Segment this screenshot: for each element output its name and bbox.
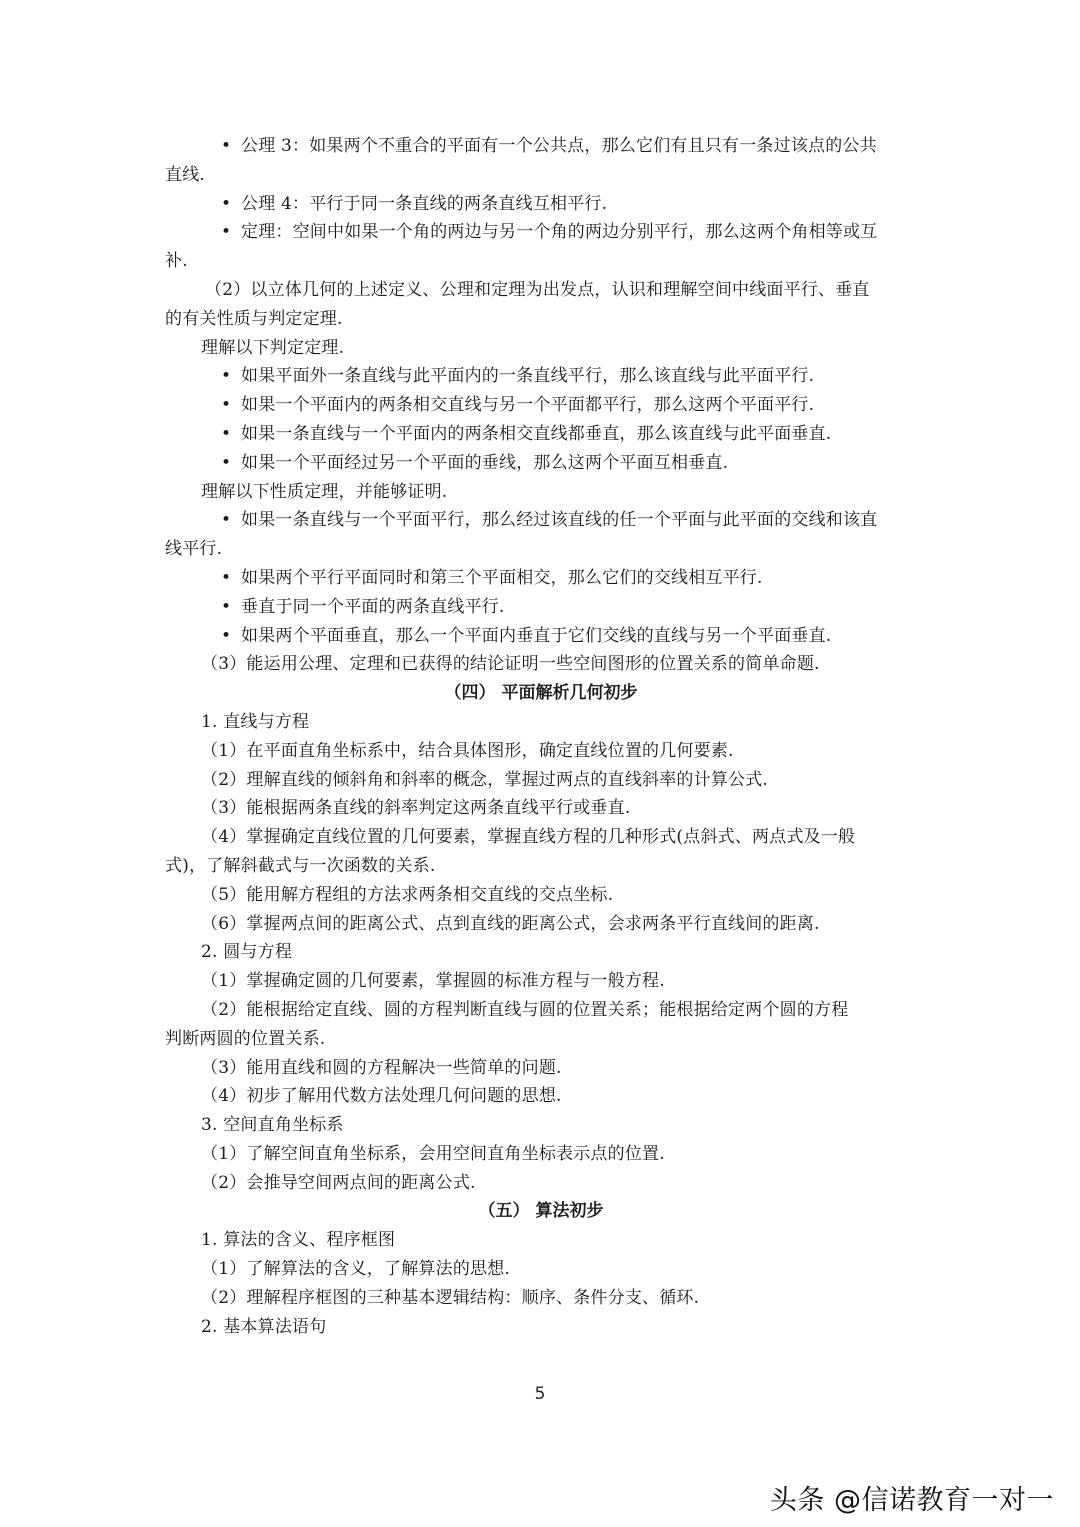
bullet-icon: • (221, 506, 241, 535)
list-item: （3）能根据两条直线的斜率判定这两条直线平行或垂直. (165, 794, 917, 823)
item-2: （2）以立体几何的上述定义、公理和定理为出发点，认识和理解空间中线面平行、垂直 (165, 276, 917, 305)
list-item: （1）了解算法的含义，了解算法的思想. (165, 1255, 917, 1284)
bullet-icon: • (221, 622, 241, 651)
list-item: （1）了解空间直角坐标系，会用空间直角坐标表示点的位置. (165, 1140, 917, 1169)
bullet-icon: • (221, 564, 241, 593)
axiom-4: •公理 4：平行于同一条直线的两条直线互相平行. (165, 190, 917, 219)
list-item: （4）初步了解用代数方法处理几何问题的思想. (165, 1082, 917, 1111)
theorem: •定理：空间中如果一个角的两边与另一个角的两边分别平行，那么这两个角相等或互 (165, 218, 917, 247)
item-3: （3）能运用公理、定理和已获得的结论证明一些空间图形的位置关系的简单命题. (165, 650, 917, 679)
judgement-intro: 理解以下判定定理. (165, 334, 917, 363)
judgement-item: •如果一个平面内的两条相交直线与另一个平面都平行，那么这两个平面平行. (165, 391, 917, 420)
list-item: （1）在平面直角坐标系中，结合具体图形，确定直线位置的几何要素. (165, 737, 917, 766)
section-title-4: （四） 平面解析几何初步 (165, 679, 917, 708)
list-item: （1）掌握确定圆的几何要素，掌握圆的标准方程与一般方程. (165, 967, 917, 996)
list-item: （4）掌握确定直线位置的几何要素，掌握直线方程的几种形式(点斜式、两点式及一般 (165, 823, 917, 852)
subsection-heading: 1. 直线与方程 (165, 708, 917, 737)
bullet-icon: • (221, 391, 241, 420)
bullet-icon: • (221, 420, 241, 449)
section-title-5: （五） 算法初步 (165, 1197, 917, 1226)
judgement-item: •如果一个平面经过另一个平面的垂线，那么这两个平面互相垂直. (165, 449, 917, 478)
watermark: 头条 @信诺教育一对一 (770, 1478, 1054, 1517)
theorem-cont: 补. (165, 247, 917, 276)
list-item: （2）理解程序框图的三种基本逻辑结构：顺序、条件分支、循环. (165, 1284, 917, 1313)
subsection-heading: 3. 空间直角坐标系 (165, 1111, 917, 1140)
bullet-icon: • (221, 593, 241, 622)
judgement-item: •如果平面外一条直线与此平面内的一条直线平行，那么该直线与此平面平行. (165, 362, 917, 391)
subsection-heading: 2. 圆与方程 (165, 938, 917, 967)
bullet-icon: • (221, 362, 241, 391)
property-item: •如果两个平面垂直，那么一个平面内垂直于它们交线的直线与另一个平面垂直. (165, 622, 917, 651)
property-item: •如果一条直线与一个平面平行，那么经过该直线的任一个平面与此平面的交线和该直 (165, 506, 917, 535)
property-item: •垂直于同一个平面的两条直线平行. (165, 593, 917, 622)
bullet-icon: • (221, 132, 241, 161)
property-item: •如果两个平行平面同时和第三个平面相交，那么它们的交线相互平行. (165, 564, 917, 593)
list-item-cont: 式)，了解斜截式与一次函数的关系. (165, 852, 917, 881)
property-item-cont: 线平行. (165, 535, 917, 564)
list-item: （2）会推导空间两点间的距离公式. (165, 1169, 917, 1198)
item-2-cont: 的有关性质与判定定理. (165, 305, 917, 334)
page-number: 5 (0, 1384, 1080, 1404)
axiom-3: •公理 3：如果两个不重合的平面有一个公共点，那么它们有且只有一条过该点的公共 (165, 132, 917, 161)
list-item: （2）理解直线的倾斜角和斜率的概念，掌握过两点的直线斜率的计算公式. (165, 766, 917, 795)
bullet-icon: • (221, 190, 241, 219)
list-item: （5）能用解方程组的方法求两条相交直线的交点坐标. (165, 881, 917, 910)
judgement-item: •如果一条直线与一个平面内的两条相交直线都垂直，那么该直线与此平面垂直. (165, 420, 917, 449)
bullet-icon: • (221, 449, 241, 478)
list-item: （6）掌握两点间的距离公式、点到直线的距离公式，会求两条平行直线间的距离. (165, 910, 917, 939)
subsection-heading: 2. 基本算法语句 (165, 1313, 917, 1342)
list-item: （2）能根据给定直线、圆的方程判断直线与圆的位置关系；能根据给定两个圆的方程 (165, 996, 917, 1025)
bullet-icon: • (221, 218, 241, 247)
property-intro: 理解以下性质定理，并能够证明. (165, 478, 917, 507)
subsection-heading: 1. 算法的含义、程序框图 (165, 1226, 917, 1255)
axiom-3-cont: 直线. (165, 161, 917, 190)
list-item: （3）能用直线和圆的方程解决一些简单的问题. (165, 1054, 917, 1083)
list-item-cont: 判断两圆的位置关系. (165, 1025, 917, 1054)
document-page: •公理 3：如果两个不重合的平面有一个公共点，那么它们有且只有一条过该点的公共 … (165, 132, 917, 1341)
